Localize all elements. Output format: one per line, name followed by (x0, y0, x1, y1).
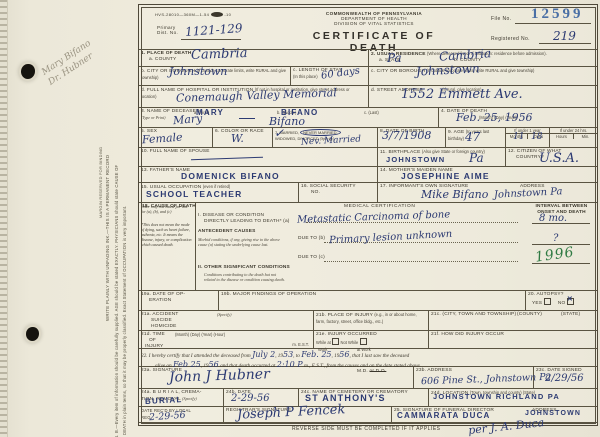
field-registrar-signature: REGISTRAR'S SIGNATURE (224, 407, 392, 423)
field-autopsy: 20. AUTOPSY? YES NO ✕ (526, 291, 597, 311)
length-of-stay-hint: (In this place) (293, 74, 318, 79)
autopsy-label: 20. AUTOPSY? (528, 292, 564, 297)
marital-num: 7. (275, 130, 278, 135)
field-burial-type: 24a. B U R I A L, CREMA- TION, REMOVAL (… (139, 389, 224, 407)
margin-nb-line2: DEATH in plain terms, so that it may be … (122, 205, 127, 435)
injury-state-label: (STATE) (561, 312, 580, 318)
field-birthplace: 11. BIRTHPLACE (Also give State or forei… (378, 148, 506, 167)
other-note-2: related to the disease or condition caus… (204, 277, 285, 282)
cert-p1: 22. I hereby certify that I attended the… (141, 353, 251, 359)
md-label: M.D. (357, 369, 368, 374)
street-address-label: d. STREET ADDRESS (371, 88, 423, 93)
field-name-of-deceased: 3. NAME OF DECEASED (Type or Print) a. (… (139, 108, 439, 128)
not-while-at-work-checkbox (360, 338, 367, 345)
residence-city-hint: (If outside corporate limits, write RURA… (427, 68, 535, 73)
cause-title: 18. CAUSE OF DEATH (142, 204, 196, 210)
interval-line-2 (532, 244, 590, 245)
field-length-of-stay: c. LENGTH OF STAY (In this place) (291, 67, 369, 86)
certificate-form: HVS-28010—360M—1-54 -10 Primary Dist. No… (138, 4, 598, 426)
marital-opt-never-married: NEVER MARRIED, (300, 129, 340, 136)
burial-date-label: 24b. DATE (226, 390, 251, 395)
burial-specify: (Specify) (182, 396, 197, 401)
citizen-label: 12. CITIZEN OF WHAT (508, 149, 562, 154)
primary-dist-value: 1121-129 (185, 21, 243, 39)
operation-findings-label: 19b. MAJOR FINDINGS OF OPERATION (221, 292, 316, 297)
how-injury-label: 21f. HOW DID INJURY OCCUR (431, 332, 504, 337)
field-age-under-24hr: If under 24 hrs. HoursMin. (550, 128, 597, 148)
file-no-value: 12599 (531, 6, 584, 23)
allied-printing-seal-icon (211, 12, 223, 17)
location-hint: (Town, township and county) (State) (470, 390, 535, 395)
injury-a-specify: (Specify) (217, 312, 232, 317)
primary-dist-label: Primary Dist. No. (157, 25, 178, 35)
injury-city-label: 21c. (CITY, TOWN AND TOWNSHIP) (431, 312, 516, 317)
birthplace-hint: (Also give State or foreign country) (422, 149, 485, 154)
cert-p2: , 19 (275, 353, 283, 359)
while-at-work-label: While at (316, 340, 331, 345)
interval-header-2: ONSET AND DEATH (528, 210, 595, 216)
field-physician-address: 23b. ADDRESS (414, 367, 534, 389)
form-number: HVS-28010—360M—1-54 -10 (155, 12, 231, 17)
informant-label: 17. INFORMANT'S OWN SIGNATURE (380, 184, 468, 189)
time-of-injury-label: 21d. TIME (141, 332, 165, 337)
place-of-injury-label: 21b. PLACE OF INJURY (316, 313, 373, 318)
while-at-work-checkbox (332, 338, 339, 345)
hours-label: Hours (550, 134, 574, 139)
time-of-injury-est: m. E.S.T. (292, 342, 309, 347)
field-citizen: 12. CITIZEN OF WHAT COUNTRY? (506, 148, 597, 167)
burial-label-1: 24a. B U R I A L, CREMA- (141, 390, 202, 395)
due-to-b-label: DUE TO (b) (298, 236, 325, 242)
min-label: Min. (574, 134, 597, 139)
injury-occurred-label: 21e. INJURY OCCURRED (316, 332, 377, 337)
funeral-director-address-label: ADDRESS (532, 408, 557, 414)
months-label: Months (506, 134, 528, 139)
disease-label-1: I. DISEASE OR CONDITION (198, 213, 264, 218)
margin-nb-line1: N. B.—Every item of information should b… (114, 165, 119, 437)
form-number-suffix: -10 (224, 12, 231, 17)
informant-address-label: ADDRESS (520, 184, 545, 190)
field-date-signed: 23c. DATE SIGNED (534, 367, 597, 389)
ssn-label: 16. SOCIAL SECURITY (301, 184, 356, 189)
registrar-sig-label: REGISTRAR'S SIGNATURE (226, 408, 291, 413)
marital-opt-married: MARRIED, (279, 130, 299, 135)
autopsy-yes-label: YES (532, 301, 542, 306)
interval-line-3 (532, 263, 590, 264)
punch-hole-top (21, 64, 35, 79)
injury-a-label-1: 21a. ACCIDENT (141, 312, 179, 317)
field-date-of-operation: 19a. DATE OF OP- ERATION (139, 291, 219, 311)
dist-no-label: Dist. No. (157, 30, 178, 35)
sex-label: 5. SEX (141, 129, 157, 134)
date-of-death-cols: (Month) (Day) (Year) (479, 115, 516, 120)
residence-city-label: c. CITY OR BOROUGH (371, 69, 425, 74)
residence-county-label: b. COUNTY (454, 58, 481, 63)
street-address-hint: (If rural, give location) (442, 87, 481, 92)
date-of-death-label: 4. DATE OF DEATH (441, 109, 487, 114)
header-agency-block: COMMONWEALTH OF PENNSYLVANIA DEPARTMENT … (289, 11, 459, 54)
primary-dist-line (181, 39, 241, 40)
state-label: a. STATE (379, 58, 401, 63)
field-time-of-injury: 21d. TIME (Month) (Day) (Year) (Hour) OF… (139, 331, 314, 349)
cert-p5: , that I last saw the deceased (349, 353, 409, 359)
cert-to-year: 56 (339, 350, 349, 359)
interval-header: INTERVAL BETWEEN ONSET AND DEATH (528, 204, 595, 216)
field-certification-statement: 22. I hereby certify that I attended the… (139, 349, 597, 367)
field-hospital: d. FULL NAME OF HOSPITAL OR INSTITUTION … (139, 86, 369, 108)
injury-a-label-2: SUICIDE (151, 318, 172, 323)
interval-column: INTERVAL BETWEEN ONSET AND DEATH (526, 203, 597, 291)
field-occupation: 15. USUAL OCCUPATION (even if retired) (139, 183, 299, 203)
registered-no-value: 219 (553, 29, 576, 43)
spouse-label: 10. FULL NAME OF SPOUSE (141, 149, 210, 154)
due-to-c-line (324, 261, 518, 262)
field-father: 13. FATHER'S NAME (139, 167, 378, 183)
autopsy-no-xmark: ✕ (567, 296, 573, 305)
physician-address-label: 23b. ADDRESS (416, 368, 452, 373)
last-label: c. (Last) (364, 110, 379, 115)
occupation-hint: (even if retired) (203, 184, 231, 189)
disease-line (306, 222, 518, 223)
location-label: 24d. LOCATION (431, 391, 468, 396)
occupation-label: 15. USUAL OCCUPATION (141, 185, 201, 190)
pencil-annotation: Mary Bifano Dr. Hubner (40, 39, 100, 89)
field-residence-city: c. CITY OR BOROUGH (If outside corporate… (369, 67, 597, 86)
injury-county-label: (COUNTY) (517, 312, 542, 318)
morbid-note: Morbid conditions, if any, giving rise t… (198, 237, 290, 247)
medical-certification-label: MEDICAL CERTIFICATION (344, 204, 415, 210)
age-label: 9. AGE (448, 130, 464, 135)
field-physician-signature: 23a. SIGNATURE M.D. or D.O. (139, 367, 414, 389)
place-of-death-title: 1. PLACE OF DEATH (141, 51, 191, 56)
time-of-injury-of: OF (149, 338, 156, 343)
middle-label: b. (Middle) (277, 110, 296, 115)
reverse-side-note: REVERSE SIDE MUST BE COMPLETED IF IT APP… (292, 426, 441, 432)
field-age-under-1yr: If under 1 year MonthsDays (506, 128, 550, 148)
field-operation-findings: 19b. MAJOR FINDINGS OF OPERATION (219, 291, 526, 311)
cert-attended-to: Feb. 25 (301, 350, 331, 359)
md-do-label: M.D. or D.O. (357, 369, 386, 375)
field-place-of-death-county: 1. PLACE OF DEATH a. COUNTY (139, 49, 369, 67)
field-color-or-race: 6. COLOR OR RACE (213, 128, 273, 148)
ssn-label2: NO. (311, 190, 320, 195)
death-certificate-scan: { "colors":{"paper":"#ebe7d8","ink_blue"… (0, 0, 600, 437)
usual-residence-hint: (Where deceased lived. If institution: r… (427, 51, 547, 56)
cause-of-death-sidebar: Enter only one cause per line for (a), (… (139, 203, 196, 291)
days-label: Days (528, 134, 549, 139)
first-label: a. (First) (194, 110, 209, 115)
citizen-label2: COUNTRY? (516, 155, 544, 160)
other-conditions-label: II. OTHER SIGNIFICANT CONDITIONS (198, 265, 290, 271)
marital-specify: (Specify) (320, 136, 335, 141)
autopsy-no-checkbox: ✕ (567, 298, 574, 305)
registered-no-line (539, 43, 591, 44)
injury-a-label-3: HOMICIDE (151, 324, 177, 329)
hospital-label: d. FULL NAME OF HOSPITAL OR INSTITUTION (141, 88, 253, 93)
field-usual-residence: 2. USUAL RESIDENCE (Where deceased lived… (369, 49, 597, 67)
due-to-b-line (324, 242, 518, 243)
race-label: 6. COLOR OR RACE (215, 129, 264, 134)
field-cemetery-location: 24d. LOCATION (Town, township and county… (429, 389, 597, 407)
field-date-of-birth: 8. DATE OF BIRTH (378, 128, 446, 148)
cert-attended-from: July 2 (252, 350, 275, 359)
margin-binding-text: MARGIN RESERVED FOR BINDING (98, 147, 103, 218)
field-cemetery: 24c. NAME OF CEMETERY OR CREMATORY (299, 389, 429, 407)
middle-name-dash (239, 118, 255, 119)
field-injury-occurred: 21e. INJURY OCCURRED While at Not While … (314, 331, 429, 349)
morbid-3: underlying cause last. (232, 242, 268, 247)
marital-opt-widowed: WIDOWED, (275, 136, 296, 141)
other-conditions-note: Conditions contributing to the death but… (204, 272, 285, 282)
form-number-text: HVS-28010—360M—1-54 (155, 12, 209, 17)
field-burial-date: 24b. DATE (224, 389, 299, 407)
date-received-label-1: DATE REC'D BY LOCAL (141, 408, 191, 413)
physician-sig-label: 23a. SIGNATURE (141, 368, 182, 373)
operation-date-label-1: 19a. DATE OF OP- (141, 292, 185, 297)
field-age: 9. AGE (In years last birthday) (446, 128, 506, 148)
division-line: DIVISION OF VITAL STATISTICS (289, 21, 459, 26)
field-street-address: d. STREET ADDRESS (If rural, give locati… (369, 86, 597, 108)
autopsy-no-label: NO (558, 301, 566, 306)
field-place-of-injury: 21b. PLACE OF INJURY (e.g., in or about … (314, 311, 429, 331)
name-sub: (Type or Print) (141, 115, 165, 120)
field-accident-suicide-homicide: 21a. ACCIDENT (Specify) SUICIDE HOMICIDE (139, 311, 314, 331)
cause-of-death-main: 18. CAUSE OF DEATH MEDICAL CERTIFICATION… (196, 203, 526, 291)
field-sex: 5. SEX (139, 128, 213, 148)
binding-perforation-edge (0, 0, 8, 437)
marital-opt-divorced: DIVORCED (297, 136, 318, 141)
father-label: 13. FATHER'S NAME (141, 168, 190, 173)
length-of-stay-label: c. LENGTH OF STAY (293, 68, 342, 73)
field-how-injury-occurred: 21f. HOW DID INJURY OCCUR (429, 331, 597, 349)
registered-no-label: Registered No. (491, 36, 530, 42)
field-ssn: 16. SOCIAL SECURITY NO. (299, 183, 378, 203)
file-no-label: File No. (491, 16, 511, 22)
do-label-struck: or D.O. (369, 369, 386, 374)
field-date-received: DATE REC'D BY LOCAL REG. (139, 407, 224, 423)
not-while-at-work-label: Not While (340, 340, 358, 345)
usual-residence-title: 2. USUAL RESIDENCE (371, 52, 426, 57)
interval-line-1 (532, 223, 590, 224)
operation-date-label-2: ERATION (149, 298, 171, 303)
autopsy-yes-checkbox (544, 298, 551, 305)
cert-from-year: 53 (283, 350, 293, 359)
field-funeral-director: 25. SIGNATURE OF FUNERAL DIRECTOR ADDRES… (392, 407, 597, 423)
cert-p4: , 19 (332, 353, 340, 359)
city-label: b. CITY OR BOROUGH (141, 69, 195, 74)
burial-label-2: TION, REMOVAL (141, 397, 181, 402)
punch-hole-bottom (26, 327, 39, 341)
field-marital-status: 7. MARRIED, NEVER MARRIED, WIDOWED, DIVO… (273, 128, 378, 148)
county-label: a. COUNTY (149, 57, 176, 62)
field-date-of-death: 4. DATE OF DEATH (Month) (Day) (Year) (439, 108, 597, 128)
disease-line-label: I. DISEASE OR CONDITION DIRECTLY LEADING… (198, 213, 290, 225)
cause-side-note2: *This does not mean the mode of dying, s… (141, 222, 193, 247)
field-injury-location: 21c. (CITY, TOWN AND TOWNSHIP) (COUNTY) … (429, 311, 597, 331)
margin-permanent-record-text: WRITE PLAINLY WITH UNFADING INK.—THIS IS… (105, 155, 110, 321)
field-informant: 17. INFORMANT'S OWN SIGNATURE ADDRESS (378, 183, 597, 203)
cert-p3: , to (293, 353, 300, 359)
field-city-or-borough: b. CITY OR BOROUGH (If outside corporate… (139, 67, 291, 86)
antecedent-label: ANTECEDENT CAUSES (198, 229, 256, 235)
date-signed-label: 23c. DATE SIGNED (536, 368, 582, 373)
dob-label: 8. DATE OF BIRTH (380, 129, 425, 134)
due-to-c-label: DUE TO (c) (298, 255, 325, 261)
file-no-line (515, 23, 591, 24)
date-received-label-2: REG. (141, 415, 152, 420)
disease-label-2: DIRECTLY LEADING TO DEATH* (204, 219, 282, 224)
disease-label-a: (a) (283, 219, 289, 224)
time-of-injury-cols: (Month) (Day) (Year) (Hour) (175, 332, 225, 337)
birthplace-label: 11. BIRTHPLACE (380, 150, 420, 155)
funeral-director-label: 25. SIGNATURE OF FUNERAL DIRECTOR (394, 408, 494, 413)
name-label: 3. NAME OF DECEASED (141, 109, 200, 114)
cemetery-label: 24c. NAME OF CEMETERY OR CREMATORY (301, 390, 408, 395)
field-mother: 14. MOTHER'S MAIDEN NAME (378, 167, 597, 183)
mother-label: 14. MOTHER'S MAIDEN NAME (380, 168, 453, 173)
